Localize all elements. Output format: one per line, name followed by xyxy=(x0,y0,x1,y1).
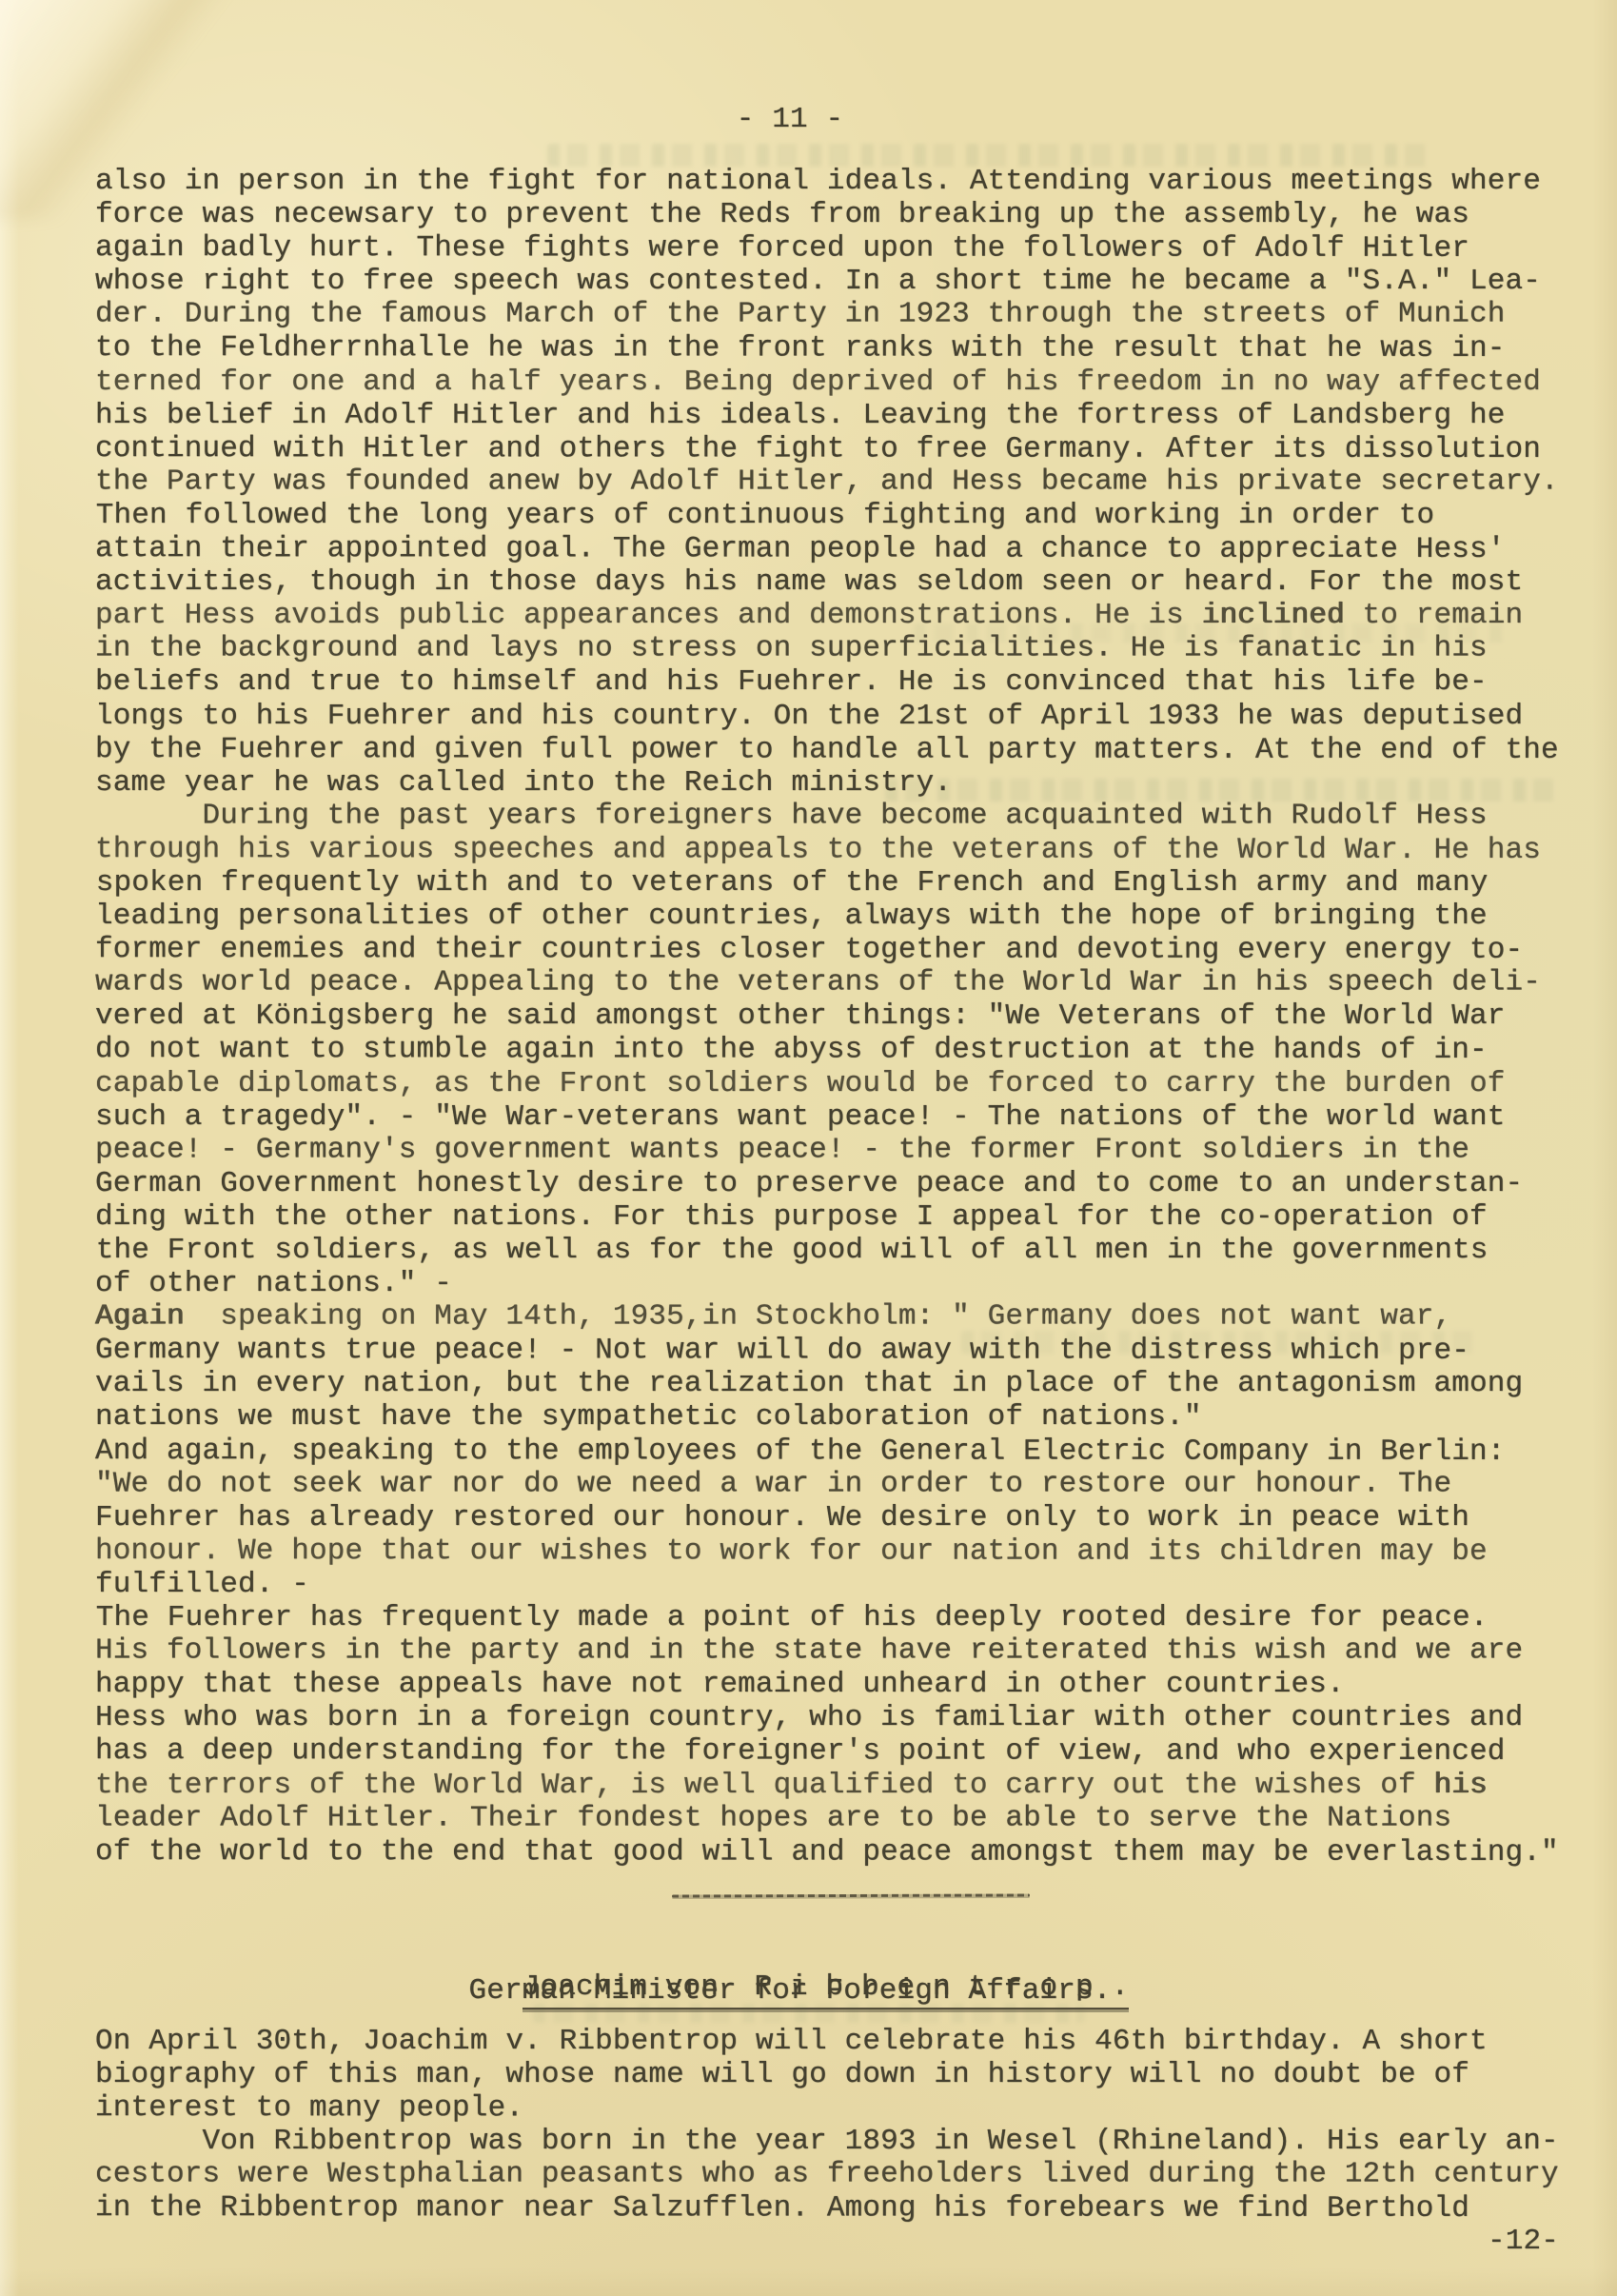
typewritten-line: Germany wants true peace! - Not war will… xyxy=(95,1334,1559,1368)
page-number-footer: -12- xyxy=(1488,2225,1559,2258)
typewritten-line: by the Fuehrer and given full power to h… xyxy=(95,733,1559,767)
typewritten-line: whose right to free speech was contested… xyxy=(95,265,1559,298)
typewritten-line: Then followed the long years of continuo… xyxy=(96,499,1560,532)
typewritten-line: vails in every nation, but the realizati… xyxy=(95,1367,1559,1400)
typewritten-line: vered at Königsberg he said amongst othe… xyxy=(95,1000,1559,1033)
typewritten-line: through his various speeches and appeals… xyxy=(95,833,1559,867)
overstruck-text: his xyxy=(1433,1769,1487,1802)
typewritten-line: biography of this man, whose name will g… xyxy=(95,2058,1559,2091)
typewritten-line: such a tragedy". - "We War-veterans want… xyxy=(95,1100,1559,1134)
typewritten-line: the Party was founded anew by Adolf Hitl… xyxy=(95,465,1559,498)
typewritten-line: honour. We hope that our wishes to work … xyxy=(95,1534,1559,1569)
typewritten-line: terned for one and a half years. Being d… xyxy=(95,366,1559,399)
typewritten-line: peace! - Germany's government wants peac… xyxy=(95,1133,1559,1166)
overstruck-text: Again xyxy=(95,1300,185,1334)
typewritten-line: also in person in the fight for national… xyxy=(95,165,1559,198)
document-page-scan: - 11 - also in person in the fight for n… xyxy=(0,0,1617,2296)
typewritten-line: der. During the famous March of the Part… xyxy=(95,298,1559,331)
typewritten-line: fulfilled. - xyxy=(95,1568,1559,1601)
typewritten-line: of other nations." - xyxy=(95,1267,1559,1300)
typewritten-line: beliefs and true to himself and his Fueh… xyxy=(95,665,1559,699)
ink-bleedthrough xyxy=(547,144,1432,167)
hess-article-text: also in person in the fight for national… xyxy=(95,165,1559,1869)
typewritten-line: his belief in Adolf Hitler and his ideal… xyxy=(95,399,1559,432)
typewritten-line: part Hess avoids public appearances and … xyxy=(95,599,1559,632)
typewritten-line: happy that these appeals have not remain… xyxy=(95,1668,1559,1701)
typewritten-line: spoken frequently with and to veterans o… xyxy=(96,866,1560,900)
typewritten-line: During the past years foreigners have be… xyxy=(95,799,1559,832)
typewritten-line: attain their appointed goal. The German … xyxy=(95,532,1559,566)
typewritten-line: again badly hurt. These fights were forc… xyxy=(95,231,1559,266)
typewritten-line: capable diplomats, as the Front soldiers… xyxy=(95,1067,1559,1100)
overstruck-text: inclined xyxy=(1202,599,1345,632)
typewritten-line: On April 30th, Joachim v. Ribbentrop wil… xyxy=(95,2025,1559,2058)
typewritten-line: of the world to the end that good will a… xyxy=(95,1835,1559,1870)
typewritten-line: His followers in the party and in the st… xyxy=(95,1634,1559,1668)
typewritten-line: And again, speaking to the employees of … xyxy=(95,1435,1559,1469)
typewritten-line: nations we must have the sympathetic col… xyxy=(95,1400,1559,1434)
typewritten-line: continued with Hitler and others the fig… xyxy=(95,432,1559,466)
typewritten-line: in the background and lays no stress on … xyxy=(95,632,1559,665)
typewritten-line: the Front soldiers, as well as for the g… xyxy=(96,1234,1560,1267)
section-divider xyxy=(672,1894,1030,1898)
typewritten-line: force was necewsary to prevent the Reds … xyxy=(95,198,1559,231)
page-number-header: - 11 - xyxy=(0,103,1580,136)
typewritten-line: in the Ribbentrop manor near Salzufflen.… xyxy=(95,2192,1559,2227)
typewritten-line: the terrors of the World War, is well qu… xyxy=(95,1769,1559,1802)
typewritten-line: Fuehrer has already restored our honour.… xyxy=(95,1501,1559,1534)
typewritten-line: Von Ribbentrop was born in the year 1893… xyxy=(95,2125,1559,2158)
typewritten-line: Again speaking on May 14th, 1935,in Stoc… xyxy=(95,1300,1559,1334)
typewritten-line: interest to many people. xyxy=(95,2091,1559,2126)
typewritten-line: leading personalities of other countries… xyxy=(95,900,1559,933)
typewritten-line: former enemies and their countries close… xyxy=(95,933,1559,967)
typewritten-line: activities, though in those days his nam… xyxy=(95,565,1559,599)
typewritten-line: longs to his Fuehrer and his country. On… xyxy=(95,700,1559,733)
typewritten-line: ding with the other nations. For this pu… xyxy=(95,1200,1559,1234)
typewritten-line: "We do not seek war nor do we need a war… xyxy=(95,1467,1559,1500)
typewritten-line: Hess who was born in a foreign country, … xyxy=(95,1701,1559,1734)
typewritten-line: has a deep understanding for the foreign… xyxy=(95,1735,1559,1770)
ribbentrop-subheading: German Minister for Foreign Affairs. xyxy=(0,1974,1580,2008)
typewritten-line: cestors were Westphalian peasants who as… xyxy=(95,2158,1559,2191)
typewritten-line: leader Adolf Hitler. Their fondest hopes… xyxy=(95,1801,1559,1834)
ribbentrop-article-text: On April 30th, Joachim v. Ribbentrop wil… xyxy=(95,2025,1559,2226)
typewritten-line: to the Feldherrnhalle he was in the fron… xyxy=(95,332,1559,366)
typewritten-line: German Government honestly desire to pre… xyxy=(95,1167,1559,1200)
typewritten-line: do not want to stumble again into the ab… xyxy=(95,1034,1559,1068)
typewritten-line: same year he was called into the Reich m… xyxy=(95,766,1559,800)
typewritten-line: The Fuehrer has frequently made a point … xyxy=(96,1601,1560,1634)
typewritten-line: wards world peace. Appealing to the vete… xyxy=(95,966,1559,1000)
